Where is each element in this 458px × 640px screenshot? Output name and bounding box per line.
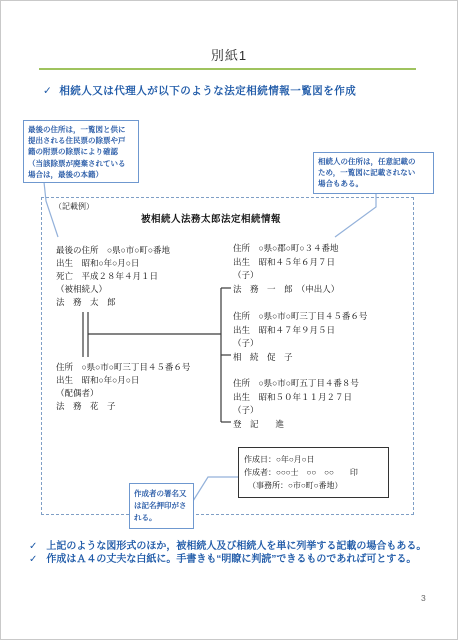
check-icon: ✓ [43, 85, 52, 97]
document-page: 別紙1 ✓相続人又は代理人が以下のような法定相続情報一覧図を作成 最後の住所は，… [0, 0, 458, 640]
example-label: （記載例） [54, 201, 94, 212]
page-title: 別紙1 [1, 45, 457, 64]
callout-last-address: 最後の住所は，一覧図と供に 提出される住民票の除票や戸 籍の附票の除票により確認… [23, 120, 139, 183]
child1-info-block: 住所 ○県○郡○町○３４番地 出生 昭和４５年６月７日 （子） 法 務 一 郎 … [233, 242, 339, 296]
callout-heir-address: 相続人の住所は，任意記載の ため，一覧図に記載されない 場合もある。 [313, 152, 434, 194]
footer-note-2: ✓作成はＡ４の丈夫な白紙に。手書きも“明瞭に判読”できるものであれば可とする。 [29, 550, 416, 565]
example-title: 被相続人法務太郎法定相続情報 [141, 211, 281, 225]
footer-note-2-text: 作成はＡ４の丈夫な白紙に。手書きも“明瞭に判読”できるものであれば可とする。 [46, 554, 416, 565]
check-icon: ✓ [29, 554, 37, 565]
child3-info-block: 住所 ○県○市○町五丁目４番８号 出生 昭和５０年１１月２７日 （子） 登 記 … [233, 377, 359, 431]
intro-check-text: 相続人又は代理人が以下のような法定相続情報一覧図を作成 [59, 85, 356, 97]
page-number: 3 [421, 593, 426, 603]
intro-check-line: ✓相続人又は代理人が以下のような法定相続情報一覧図を作成 [43, 83, 356, 98]
decedent-info-block: 最後の住所 ○県○市○町○番地 出生 昭和○年○月○日 死亡 平成２８年４月１日… [56, 244, 170, 309]
title-underline-rule [39, 68, 416, 70]
child2-info-block: 住所 ○県○市○町三丁目４５番６号 出生 昭和４７年９月５日 （子） 相 続 促… [233, 310, 367, 364]
author-info-box: 作成日：○年○月○日 作成者：○○○士 ○○ ○○ 印 （事務所：○市○町○番地… [238, 447, 389, 498]
callout-signature-note: 作成者の署名又 は記名押印がさ れる。 [129, 483, 194, 529]
spouse-info-block: 住所 ○県○市○町三丁目４５番６号 出生 昭和○年○月○日 （配偶者） 法 務 … [56, 361, 190, 413]
